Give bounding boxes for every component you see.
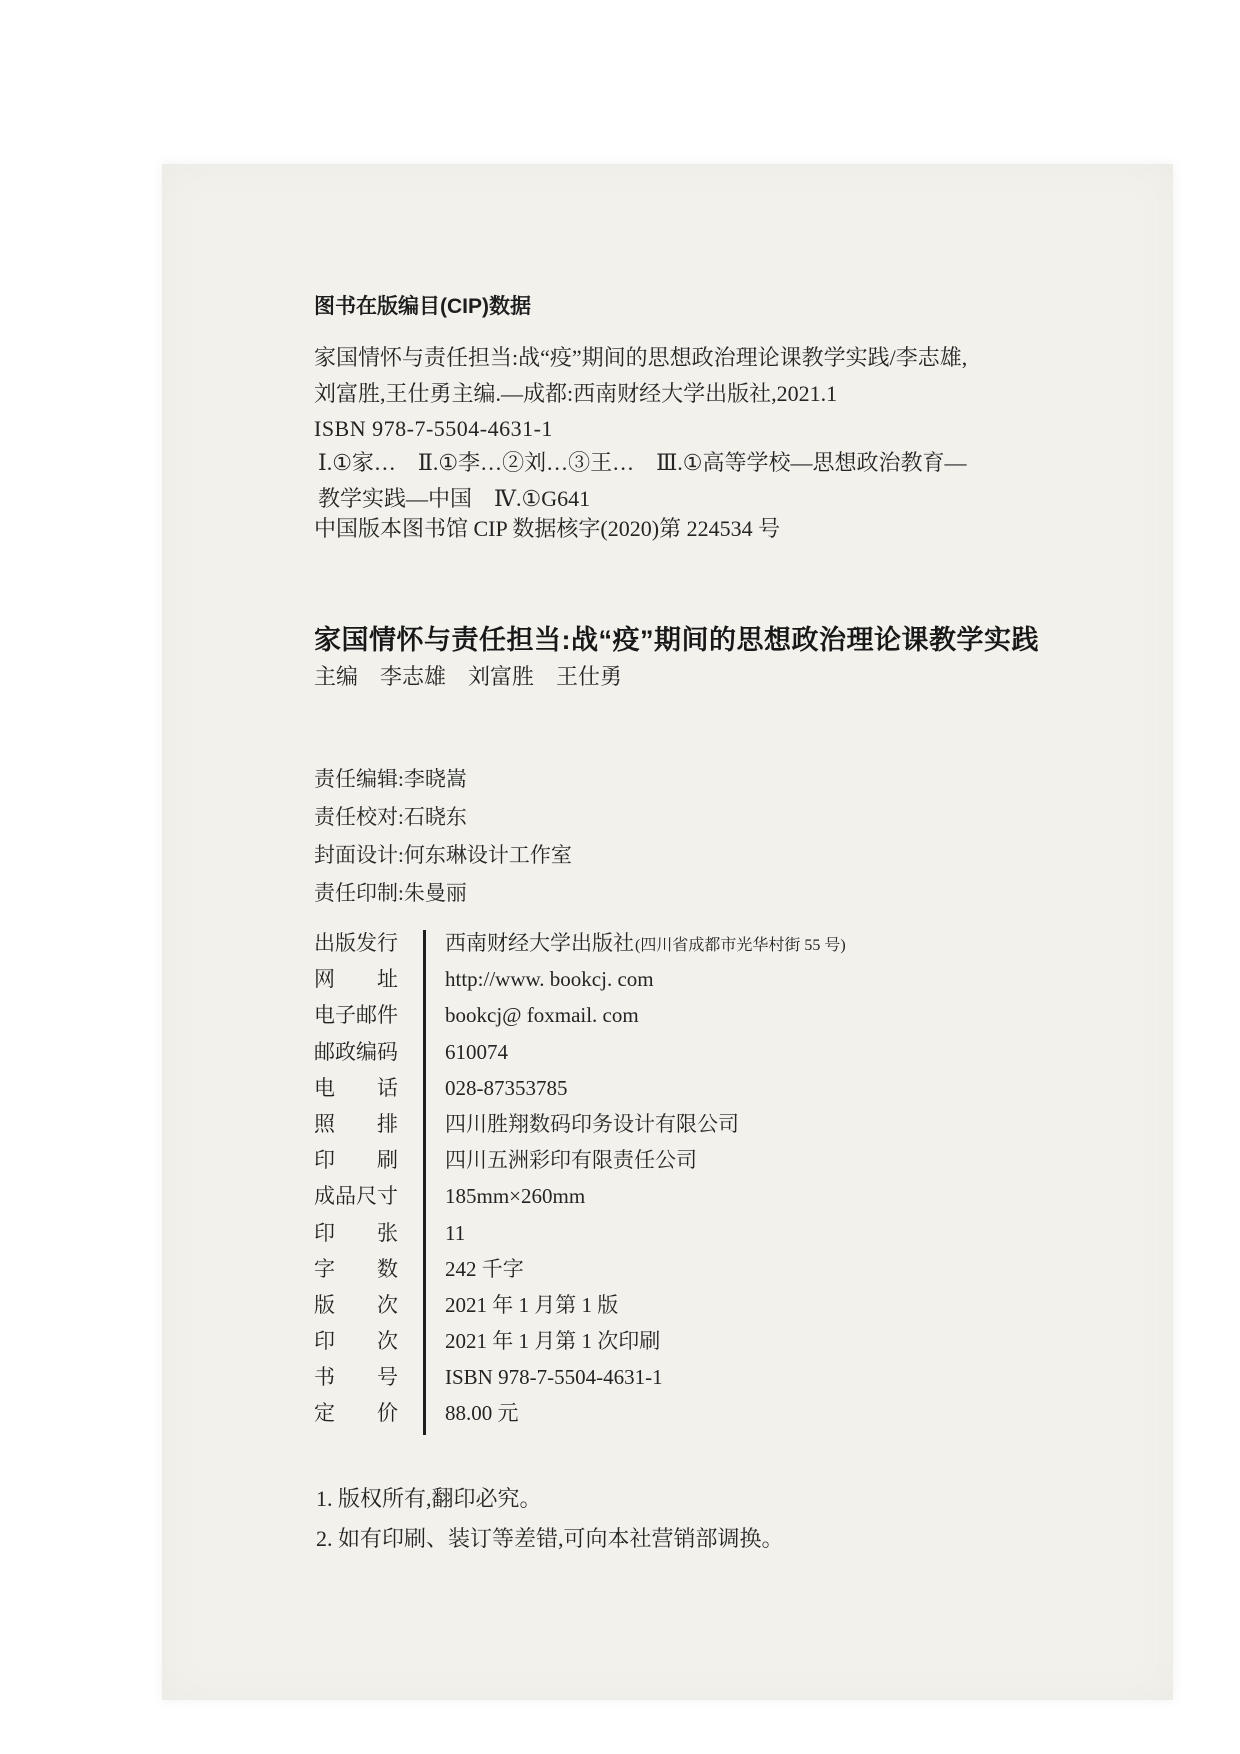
cip-isbn-line: ISBN 978-7-5504-4631-1	[314, 416, 553, 441]
colophon-label: 印 张	[314, 1221, 423, 1245]
colophon-row: 印 次 2021 年 1 月第 1 次印刷	[314, 1323, 1134, 1359]
colophon-label: 字 数	[314, 1257, 423, 1281]
colophon-table: 出版发行 西南财经大学出版社(四川省成都市光华村街 55 号) 网 址 http…	[314, 925, 1134, 1432]
colophon-label: 成品尺寸	[314, 1184, 423, 1208]
colophon-value: 四川胜翔数码印务设计有限公司	[423, 1112, 739, 1136]
cip-classification-line: 教学实践—中国 Ⅳ.①G641	[318, 486, 590, 511]
colophon-label: 书 号	[314, 1365, 423, 1389]
exchange-notice-line: 2. 如有印刷、装订等差错,可向本社营销部调换。	[316, 1526, 784, 1551]
colophon-label: 电 话	[314, 1076, 423, 1100]
colophon-label: 印 刷	[314, 1148, 423, 1172]
colophon-value: 2021 年 1 月第 1 次印刷	[423, 1329, 660, 1353]
colophon-row: 定 价 88.00 元	[314, 1395, 1134, 1431]
colophon-row: 电子邮件 bookcj@ foxmail. com	[314, 997, 1134, 1033]
editors-line: 主编 李志雄 刘富胜 王仕勇	[314, 664, 622, 689]
colophon-row: 印 刷 四川五洲彩印有限责任公司	[314, 1142, 1134, 1178]
colophon-value: bookcj@ foxmail. com	[423, 1003, 639, 1027]
colophon-label: 网 址	[314, 967, 423, 991]
colophon-row: 版 次 2021 年 1 月第 1 版	[314, 1287, 1134, 1323]
colophon-value: 028-87353785	[423, 1076, 568, 1100]
cip-classification-line: Ⅰ.①家… Ⅱ.①李…②刘…③王… Ⅲ.①高等学校—思想政治教育—	[318, 450, 967, 475]
colophon-row: 出版发行 西南财经大学出版社(四川省成都市光华村街 55 号)	[314, 925, 1134, 961]
colophon-value: 2021 年 1 月第 1 版	[423, 1293, 618, 1317]
cip-heading: 图书在版编目(CIP)数据	[314, 295, 531, 319]
colophon-label: 出版发行	[314, 931, 423, 955]
colophon-row: 成品尺寸 185mm×260mm	[314, 1178, 1134, 1214]
colophon-label: 电子邮件	[314, 1003, 423, 1027]
copyright-notice-line: 1. 版权所有,翻印必究。	[316, 1486, 542, 1511]
colophon-row: 电 话 028-87353785	[314, 1070, 1134, 1106]
colophon-value: http://www. bookcj. com	[423, 967, 654, 991]
colophon-label: 印 次	[314, 1329, 423, 1353]
colophon-value: 185mm×260mm	[423, 1184, 585, 1208]
colophon-row: 字 数 242 千字	[314, 1251, 1134, 1287]
colophon-value: ISBN 978-7-5504-4631-1	[423, 1365, 663, 1389]
staff-line-editor: 责任编辑:李晓嵩	[314, 767, 467, 791]
colophon-row: 邮政编码 610074	[314, 1034, 1134, 1070]
colophon-label: 定 价	[314, 1401, 423, 1425]
colophon-row: 网 址 http://www. bookcj. com	[314, 961, 1134, 997]
publisher-address-note: (四川省成都市光华村街 55 号)	[635, 937, 846, 954]
colophon-value: 242 千字	[423, 1257, 524, 1281]
colophon-value: 11	[423, 1221, 465, 1245]
book-copyright-page: 图书在版编目(CIP)数据 家国情怀与责任担当:战“疫”期间的思想政治理论课教学…	[162, 164, 1173, 1700]
cip-record-line: 刘富胜,王仕勇主编.—成都:西南财经大学出版社,2021.1	[314, 381, 837, 406]
colophon-label: 照 排	[314, 1112, 423, 1136]
colophon-value: 四川五洲彩印有限责任公司	[423, 1148, 697, 1172]
colophon-value: 88.00 元	[423, 1401, 519, 1425]
cip-registry-line: 中国版本图书馆 CIP 数据核字(2020)第 224534 号	[314, 516, 780, 541]
colophon-value: 610074	[423, 1040, 508, 1064]
book-title: 家国情怀与责任担当:战“疫”期间的思想政治理论课教学实践	[314, 625, 1039, 656]
colophon-row: 书 号 ISBN 978-7-5504-4631-1	[314, 1359, 1134, 1395]
colophon-row: 印 张 11	[314, 1215, 1134, 1251]
staff-line-print-supervisor: 责任印制:朱曼丽	[314, 881, 467, 905]
staff-line-cover-design: 封面设计:何东琳设计工作室	[314, 843, 572, 867]
staff-line-proofreader: 责任校对:石晓东	[314, 805, 467, 829]
cip-record-line: 家国情怀与责任担当:战“疫”期间的思想政治理论课教学实践/李志雄,	[314, 345, 967, 370]
colophon-label: 版 次	[314, 1293, 423, 1317]
colophon-row: 照 排 四川胜翔数码印务设计有限公司	[314, 1106, 1134, 1142]
colophon-value: 西南财经大学出版社(四川省成都市光华村街 55 号)	[423, 931, 846, 955]
colophon-label: 邮政编码	[314, 1040, 423, 1064]
